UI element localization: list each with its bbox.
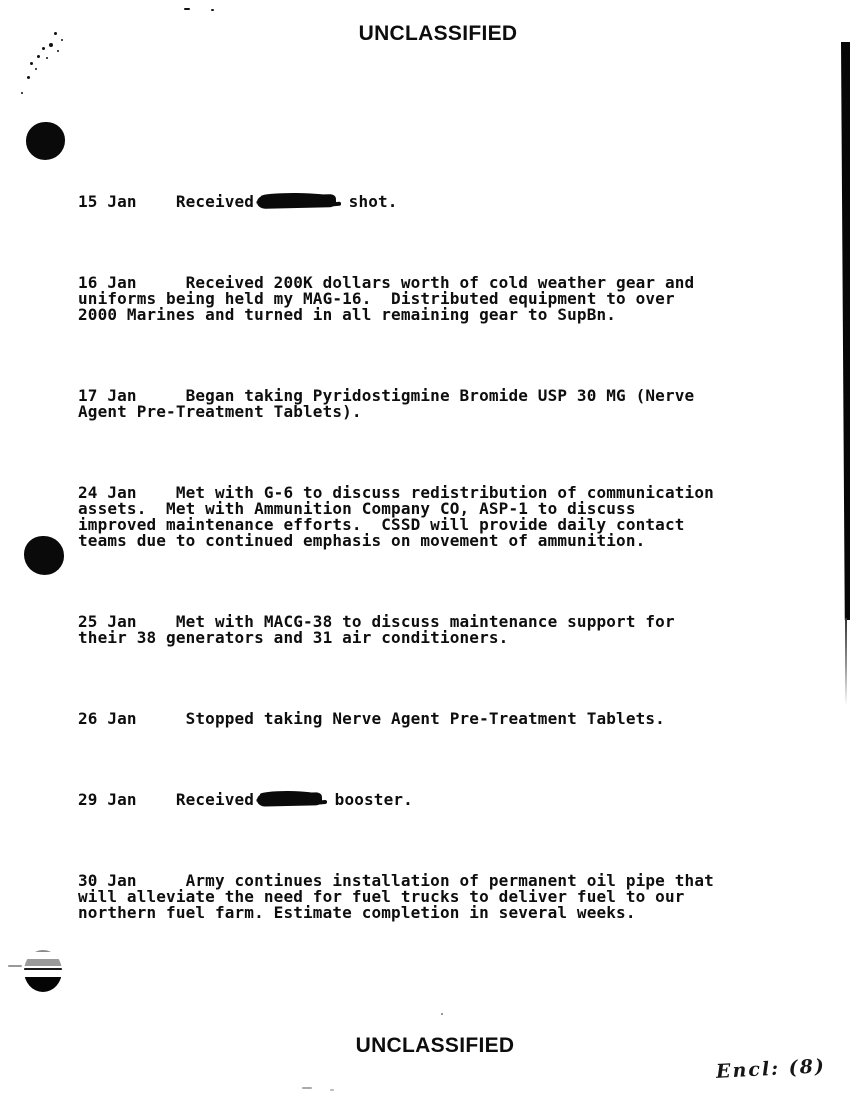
scanned-document-page: UNCLASSIFIED 15 Jan Received- shot. 16 J… — [0, 0, 850, 1097]
journal-log: 15 Jan Received- shot. 16 Jan Received 2… — [78, 146, 714, 986]
scan-speckle — [30, 62, 33, 65]
scan-speckle — [27, 76, 30, 79]
scan-artifact-bar-tail — [845, 618, 847, 706]
enclosure-note-handwritten: Encl: (8) — [715, 1055, 826, 1083]
scan-speckle — [184, 8, 190, 10]
log-entry-15-jan: 15 Jan Received- shot. — [78, 194, 714, 210]
scan-speckle — [46, 57, 48, 59]
scan-speckle — [37, 55, 40, 58]
hole-punch-bottom-striped — [24, 950, 62, 992]
hole-punch-top — [26, 122, 65, 160]
log-entry-29-jan: 29 Jan Received- booster. — [78, 792, 714, 808]
scan-speckle — [211, 9, 214, 11]
scan-speckle — [49, 43, 53, 47]
scan-speckle — [61, 39, 63, 41]
scan-speckle — [8, 965, 22, 967]
scan-artifact-bar — [841, 42, 850, 620]
log-entry-24-jan: 24 Jan Met with G-6 to discuss redistrib… — [78, 485, 714, 549]
scan-speckle — [302, 1087, 312, 1089]
redaction-mark — [257, 792, 322, 806]
scan-speckle — [54, 32, 57, 35]
entry-text-before-redaction: 15 Jan Received- — [78, 192, 264, 211]
log-entry-30-jan: 30 Jan Army continues installation of pe… — [78, 873, 714, 921]
scan-speckle — [21, 92, 23, 94]
log-entry-26-jan: 26 Jan Stopped taking Nerve Agent Pre-Tr… — [78, 711, 714, 727]
entry-text-after-redaction: shot. — [339, 192, 398, 211]
scan-speckle — [42, 47, 45, 50]
scan-speckle — [57, 50, 59, 52]
classification-footer: UNCLASSIFIED — [10, 1034, 850, 1058]
log-entry-17-jan: 17 Jan Began taking Pyridostigmine Bromi… — [78, 388, 714, 420]
scan-speckle — [35, 68, 37, 70]
log-entry-16-jan: 16 Jan Received 200K dollars worth of co… — [78, 275, 714, 323]
scan-speckle — [330, 1089, 334, 1091]
hole-punch-middle — [24, 536, 64, 575]
entry-text-before-redaction: 29 Jan Received- — [78, 790, 264, 809]
entry-text-after-redaction: booster. — [325, 790, 413, 809]
redaction-mark — [257, 194, 336, 209]
scan-speckle — [441, 1013, 443, 1015]
classification-header: UNCLASSIFIED — [13, 22, 850, 46]
log-entry-25-jan: 25 Jan Met with MACG-38 to discuss maint… — [78, 614, 714, 646]
